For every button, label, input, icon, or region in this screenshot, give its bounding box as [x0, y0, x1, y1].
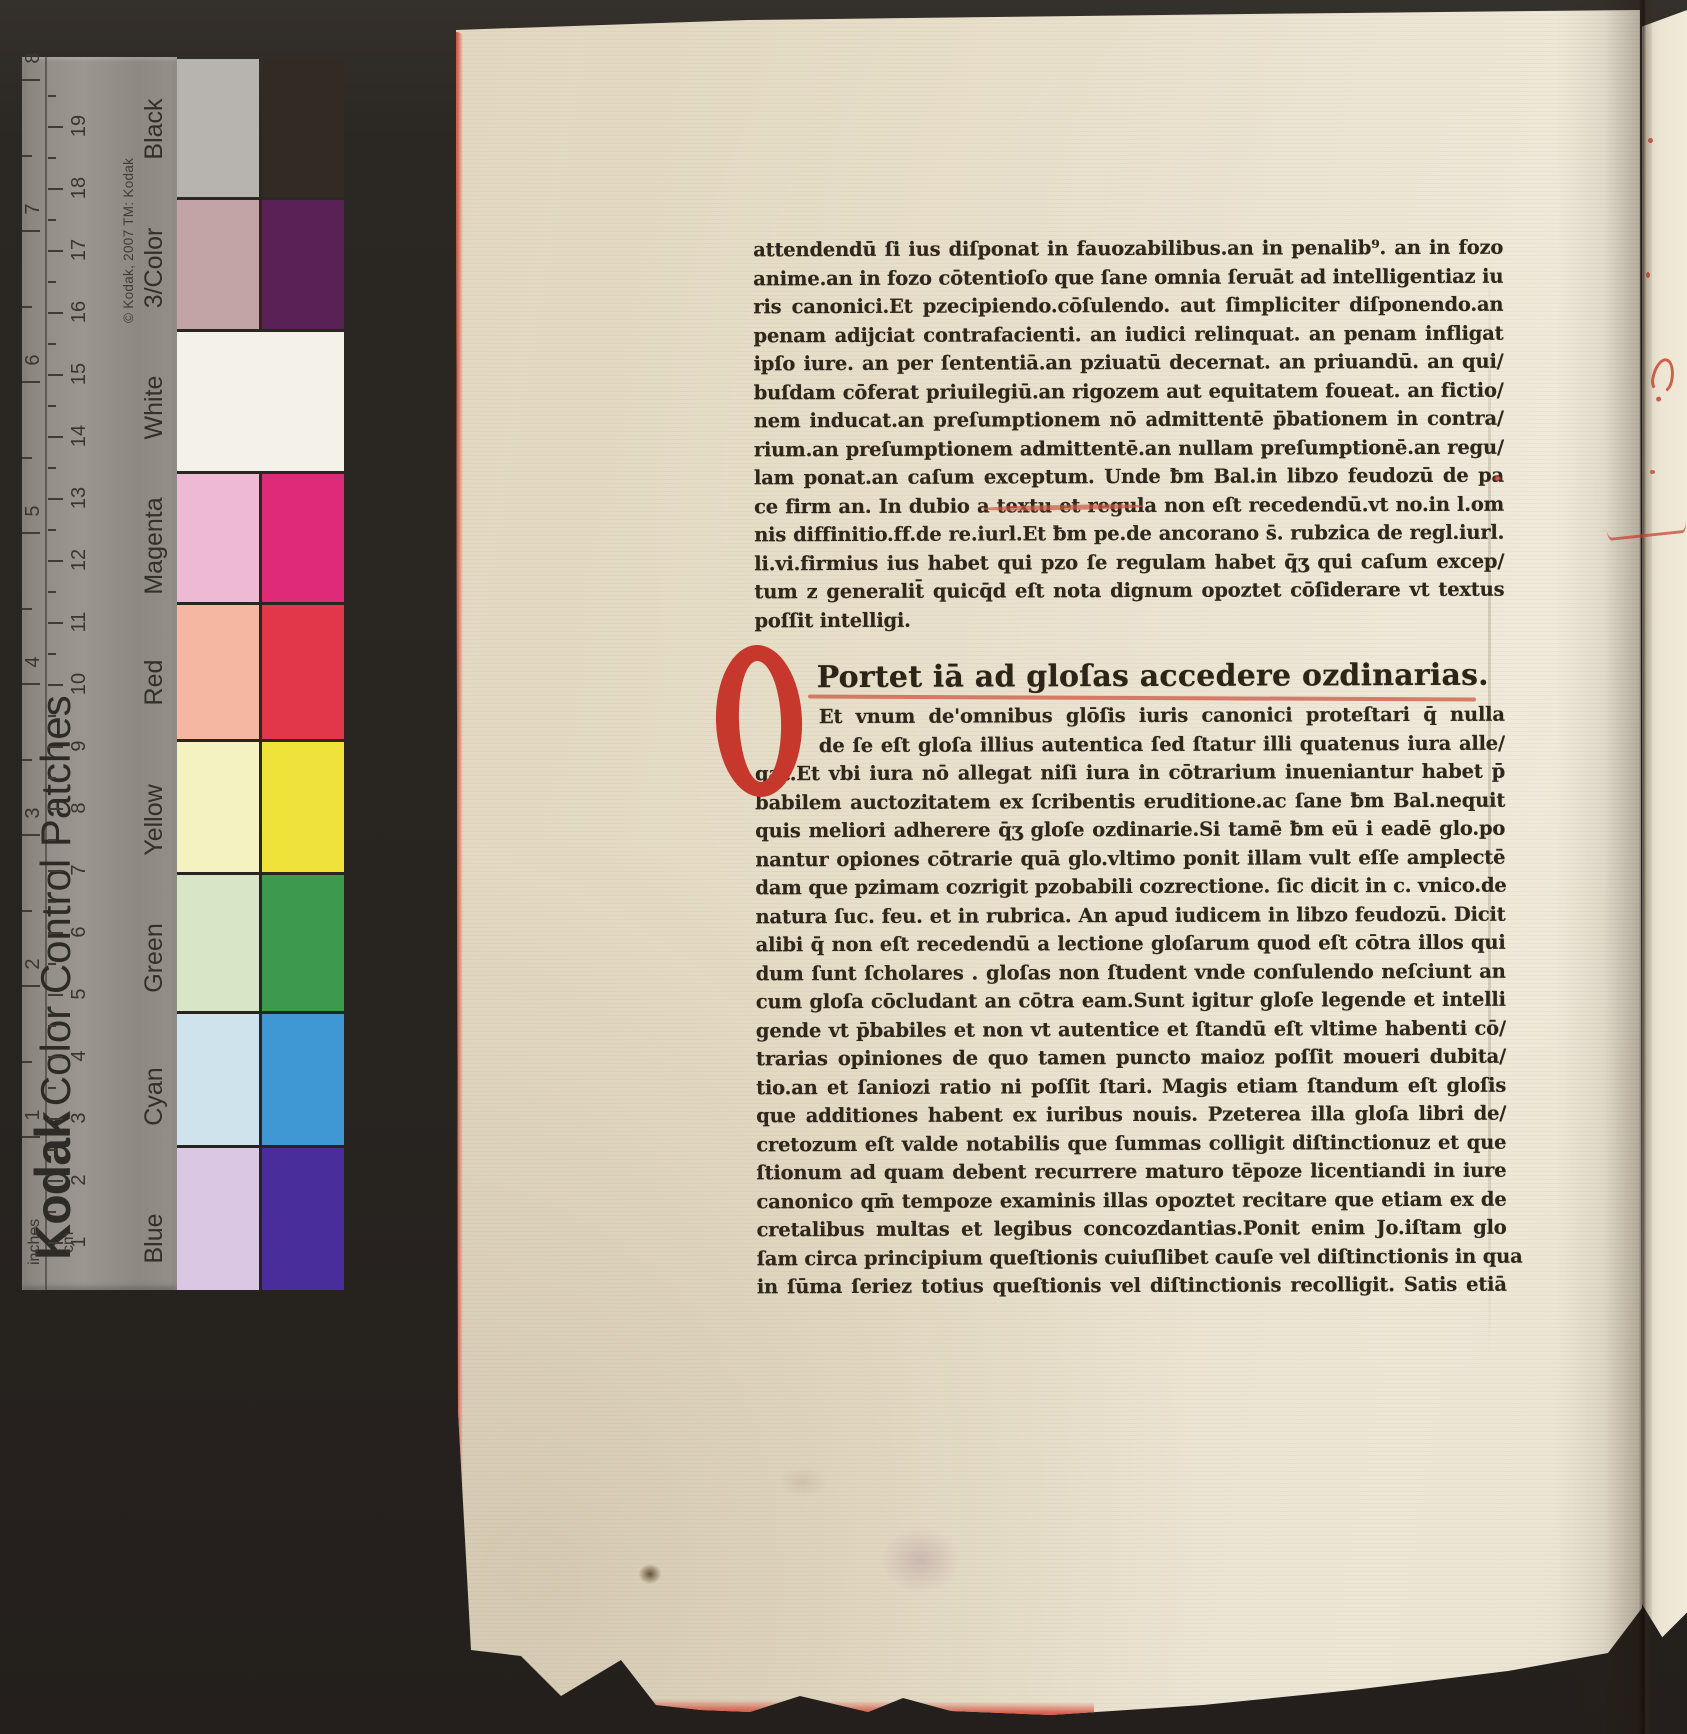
patch-cell-strong — [262, 200, 344, 330]
cm-half-tick — [48, 1025, 56, 1027]
cm-tick — [48, 312, 63, 314]
cm-number: 5 — [64, 979, 94, 1009]
cm-half-tick — [48, 281, 56, 283]
cm-half-tick — [48, 591, 56, 593]
cm-tick — [48, 746, 63, 748]
manuscript-page: attendendū ſi ius diſponat in fauozabili… — [448, 8, 1646, 1720]
cm-half-tick — [48, 95, 56, 97]
cm-tick — [48, 374, 63, 376]
patch-row-3-color — [177, 200, 344, 330]
inch-tick — [22, 79, 40, 81]
cm-number: 1 — [64, 1227, 94, 1257]
ruler: KodakColor Control Patches © Kodak, 2007… — [22, 57, 177, 1290]
cm-tick — [48, 1242, 63, 1244]
cm-number: 2 — [64, 1165, 94, 1195]
text-line: ſtionum ad quam debent recurrere maturo … — [756, 1159, 1506, 1190]
cm-tick — [48, 622, 63, 624]
cm-number: 14 — [64, 421, 94, 451]
cm-number: 8 — [64, 793, 94, 823]
cm-tick — [48, 250, 63, 252]
inch-tick — [22, 230, 40, 232]
cm-number: 7 — [64, 855, 94, 885]
row-label: Magenta — [140, 481, 169, 611]
patch-row-cyan — [177, 1014, 344, 1145]
text-line: que additiones habent ex iuribus nouis. … — [756, 1102, 1506, 1133]
inch-tick — [22, 985, 40, 987]
inch-half-tick — [22, 306, 32, 308]
row-label: Blue — [140, 1166, 169, 1311]
text-line: nantur opiones cōtrarie quā glo.vltimo p… — [755, 845, 1505, 876]
cm-half-tick — [48, 653, 56, 655]
red-speck — [1648, 138, 1653, 143]
inch-tick — [22, 1136, 40, 1138]
patch-cell-light — [177, 1148, 259, 1291]
cm-number: 16 — [64, 297, 94, 327]
cm-half-tick — [48, 467, 56, 469]
row-label: Cyan — [140, 1030, 169, 1163]
cm-number: 18 — [64, 173, 94, 203]
text-line: Et vnum de'omnibus glōſis iuris canonici… — [755, 703, 1505, 734]
text-line: anime.an in fozo cōtentioſo que ſane omn… — [753, 264, 1503, 295]
text-line: rium.an preſumptionem admittentē.an null… — [754, 435, 1504, 466]
cm-half-tick — [48, 529, 56, 531]
text-line: babilem auctozitatem ex ſcribentis erudi… — [755, 788, 1505, 819]
text-line: in ſūma ſeriez totius queſtionis vel diſ… — [757, 1273, 1507, 1304]
cm-half-tick — [48, 405, 56, 407]
text-block: attendendū ſi ius diſponat in fauozabili… — [753, 236, 1507, 1304]
cm-number: 15 — [64, 359, 94, 389]
red-speck — [1650, 470, 1655, 474]
patch-cell — [177, 332, 344, 471]
inch-half-tick — [22, 910, 32, 912]
kodak-color-chart: KodakColor Control Patches © Kodak, 2007… — [22, 57, 344, 1290]
red-speck — [1646, 272, 1650, 278]
photo-scene: KodakColor Control Patches © Kodak, 2007… — [0, 0, 1687, 1734]
cm-number: 13 — [64, 483, 94, 513]
red-ink-doodle — [1648, 356, 1677, 396]
text-line: ſam circa principium queſtionis cuiuſlib… — [757, 1244, 1507, 1275]
patch-cell-light — [177, 742, 259, 872]
text-line: trarias opiniones de quo tamen puncto ma… — [756, 1045, 1506, 1076]
cm-number: 9 — [64, 731, 94, 761]
row-label: Yellow — [140, 754, 169, 886]
patch-grid — [177, 57, 344, 1290]
cm-tick — [48, 126, 63, 128]
patch-row-blue — [177, 1148, 344, 1291]
cm-half-tick — [48, 1211, 56, 1213]
cm-half-tick — [48, 777, 56, 779]
text-line: canonico qm̄ tempoze examinis illas opoz… — [756, 1187, 1506, 1218]
text-line: cretozum eſt valde notabilis que ſummas … — [756, 1130, 1506, 1161]
patch-row-magenta — [177, 474, 344, 602]
cm-tick — [48, 870, 63, 872]
cm-number: 11 — [64, 607, 94, 637]
text-line: natura ſuc. feu. et in rubrica. An apud … — [755, 902, 1505, 933]
inch-number: 6 — [18, 345, 48, 375]
red-page-edge-left — [450, 32, 463, 1696]
row-label: Black — [140, 59, 169, 199]
cm-number: 19 — [64, 111, 94, 141]
text-line: attendendū ſi ius diſponat in fauozabili… — [753, 236, 1503, 267]
red-margin-mark — [1494, 476, 1501, 481]
purple-stain — [863, 1513, 978, 1608]
row-label: White — [140, 337, 169, 478]
cm-half-tick — [48, 901, 56, 903]
text-line: gende vt p̄babiles et non vt autentice e… — [756, 1016, 1506, 1047]
inch-tick — [22, 834, 40, 836]
cm-tick — [48, 498, 63, 500]
cm-number: 4 — [64, 1041, 94, 1071]
patch-row-white — [177, 332, 344, 471]
adjacent-page — [1642, 10, 1687, 1662]
patch-cell-strong — [262, 875, 344, 1011]
inch-number: 5 — [18, 496, 48, 526]
inch-number: 3 — [18, 798, 48, 828]
cm-half-tick — [48, 219, 56, 221]
patch-cell-strong — [262, 1014, 344, 1145]
inch-tick — [22, 683, 40, 685]
patch-cell-strong — [262, 474, 344, 602]
unit-label-inches: inches — [26, 1219, 44, 1265]
cm-tick — [48, 932, 63, 934]
cm-half-tick — [48, 343, 56, 345]
inch-number: 4 — [18, 647, 48, 677]
patch-cell-strong — [262, 742, 344, 872]
row-label: 3/Color — [140, 202, 169, 334]
cm-number: 12 — [64, 545, 94, 575]
brown-spot — [634, 1560, 666, 1588]
cm-half-tick — [48, 963, 56, 965]
text-line: cretalibus multas et legibus concozdanti… — [757, 1216, 1507, 1247]
patch-cell-light — [177, 200, 259, 330]
inch-half-tick — [22, 155, 32, 157]
cm-tick — [48, 994, 63, 996]
text-line: ris canonici.Et pzecipiendo.cōſulendo. a… — [753, 293, 1503, 324]
text-line: alibi q̄ non eſt recedendū a lectione gl… — [756, 931, 1506, 962]
text-line: li.vi.firmius ius habet qui pzo ſe regul… — [754, 549, 1504, 580]
text-line: gat.Et vbi iura nō allegat niſi iura in … — [755, 760, 1505, 791]
cm-half-tick — [48, 715, 56, 717]
inch-half-tick — [22, 1061, 32, 1063]
inch-number: 1 — [18, 1100, 48, 1130]
faint-stain — [768, 1460, 838, 1504]
paragraph-2: Et vnum de'omnibus glōſis iuris canonici… — [755, 703, 1507, 1304]
cm-half-tick — [48, 157, 56, 159]
patch-cell-strong — [262, 1148, 344, 1291]
cm-half-tick — [48, 1149, 56, 1151]
inch-number: 8 — [18, 43, 48, 73]
cm-tick — [48, 436, 63, 438]
patch-cell-light — [177, 875, 259, 1011]
patch-cell-light — [177, 605, 259, 740]
cm-number: 3 — [64, 1103, 94, 1133]
cm-tick — [48, 1056, 63, 1058]
patch-row-green — [177, 875, 344, 1011]
patch-cell-strong — [262, 59, 344, 197]
patch-row-yellow — [177, 742, 344, 872]
inch-number: 7 — [18, 194, 48, 224]
text-line: buſdam cōferat priuilegiū.an rigozem aut… — [754, 378, 1504, 409]
text-line: ipſo iure. an per ſententiā.an pziuatū d… — [754, 350, 1504, 381]
inch-tick — [22, 381, 40, 383]
row-label: Red — [140, 614, 169, 751]
patch-row-red — [177, 605, 344, 740]
cm-tick — [48, 1118, 63, 1120]
inch-tick — [22, 532, 40, 534]
copyright-text: © Kodak, 2007 TM: Kodak — [121, 158, 136, 323]
inch-half-tick — [22, 457, 32, 459]
inch-half-tick — [22, 759, 32, 761]
patch-cell-light — [177, 1014, 259, 1145]
patch-row-black — [177, 59, 344, 197]
cm-number: 6 — [64, 917, 94, 947]
text-line: poſſit intelligi. — [754, 606, 1504, 637]
cm-tick — [48, 684, 63, 686]
text-line: cum gloſa cōcludant an cōtra eam.Sunt ig… — [756, 988, 1506, 1019]
text-line: dum ſunt ſcholares . gloſas non ſtudent … — [756, 959, 1506, 990]
text-line: dam que pzimam cozrigit pzobabili cozrec… — [755, 874, 1505, 905]
patch-cell-light — [177, 474, 259, 602]
cm-half-tick — [48, 839, 56, 841]
paragraph-1: attendendū ſi ius diſponat in fauozabili… — [753, 236, 1504, 638]
text-line: nis diffinitio.ff.de re.iurl.Et ƀm pe.de… — [754, 521, 1504, 552]
inch-half-tick — [22, 608, 32, 610]
patch-cell-light — [177, 59, 259, 197]
text-line: penam adijciat contrafacienti. an iudici… — [753, 321, 1503, 352]
red-page-edge-bottom — [454, 1698, 1094, 1715]
text-line: lam ponat.an caſum exceptum. Unde ƀm Bal… — [754, 464, 1504, 495]
text-line: tio.an et ſaniozi ratio ni poſſit ſtari.… — [756, 1073, 1506, 1104]
text-line: quis meliori adherere q̄ʒ gloſe ozdinari… — [755, 817, 1505, 848]
text-line: tum z generalit̄ quicq̄d eſt nota dignum… — [754, 578, 1504, 609]
cm-tick — [48, 808, 63, 810]
cm-tick — [48, 560, 63, 562]
cm-tick — [48, 1180, 63, 1182]
cm-tick — [48, 188, 63, 190]
cm-number: 10 — [64, 669, 94, 699]
text-line: de ſe eſt gloſa illius autentica ſed ſta… — [755, 731, 1505, 762]
row-label: Green — [140, 889, 169, 1027]
text-line: nem inducat.an preſumptionem nō admitten… — [754, 407, 1504, 438]
patch-cell-strong — [262, 605, 344, 740]
inch-number: 2 — [18, 949, 48, 979]
cm-half-tick — [48, 1087, 56, 1089]
cm-number: 17 — [64, 235, 94, 265]
